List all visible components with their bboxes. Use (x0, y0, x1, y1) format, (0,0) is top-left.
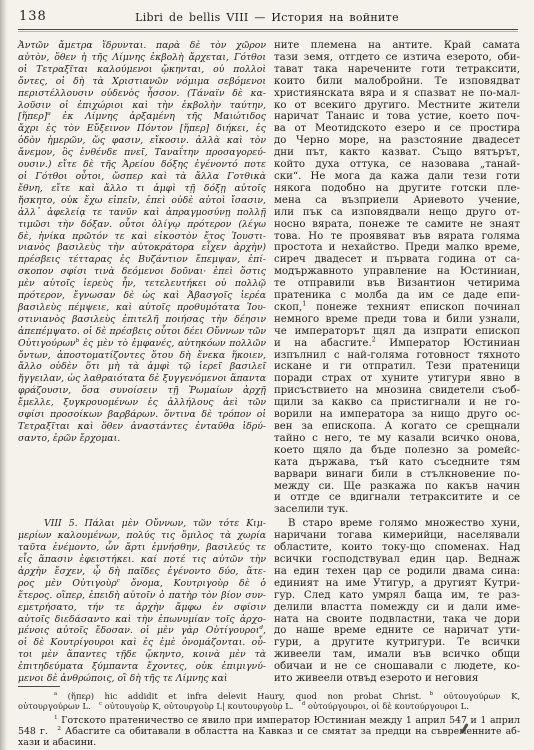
text-line: щили за какво са пристигнали и не го- (274, 397, 520, 409)
text-line: αὐτοῖς διεδάσαντο καὶ τὴν ἐπωνυμίαν τοῖς… (18, 614, 266, 626)
text-line: или пък са изповядвали нещо друго от- (274, 207, 520, 219)
text-line: οὐτουργούρων L. c οὐτουγοὺρ K, οὐτουργοὺ… (18, 701, 520, 711)
text-line: ρος μὲν Οὐτιγοὺρc ὄνομα, Κουτριγοὺρ δὲ ὁ (18, 578, 266, 590)
text-line: ито живеели отвъд езерото и неговия (274, 673, 520, 685)
greek-section4-paragraph: Ἀντῶν ἄμετρα ἵδρυνται. παρὰ δὲ τὸν χῶρον… (18, 40, 266, 445)
text-line: заселили тук. (274, 504, 520, 516)
text-line: хази и абасини. (18, 738, 520, 749)
text-line: λοῦσιν οἱ ἐπιχώριοι καὶ τὴν ἐκβολὴν ταύτ… (18, 100, 266, 112)
text-line: Τετραξῖται καὶ ὅθεν ἀναστάντες ἐνταῦθα ἱ… (18, 421, 266, 433)
text-line: περιστέλλουσιν οὐδενὸς ἧσσον. (Τάναϊν δὲ… (18, 88, 266, 100)
text-line: варвари винаги били в стълкновение по- (274, 469, 520, 481)
text-line: между си. Ще разкажа по какъв начин (274, 481, 520, 493)
text-line: τοι μὲν ἅπαντες τῇδε ᾤκηντο, κοινὰ μὲν τ… (18, 649, 266, 661)
bulgarian-section4-paragraph: ните племена на антите. Край самататази … (274, 40, 520, 516)
text-line: немного време преди това и били узнали, (274, 314, 520, 326)
text-line: християнската вяра и я спазват не по-мал… (274, 88, 520, 100)
text-line: сиреч двадесет и първата година от са- (274, 254, 520, 266)
text-line: ὄντων, ἀποστοματίζοντες ὅτου δὴ ἕνεκα ἥκ… (18, 350, 266, 362)
text-line: тават така наречените готи тетраксити, (274, 64, 520, 76)
translator-footnotes: 1 Готското пратеничество се явило при им… (18, 716, 520, 748)
text-line: че императорът щял да изпрати епископ (274, 326, 520, 338)
text-line: всички господствувал един цар. Веднаж (274, 554, 520, 566)
text-line: ко от всекиго другиго. Местните жители (274, 100, 520, 112)
text-line: гур. След като умрял баща им, те раз- (274, 590, 520, 602)
text-line: δὲ, ἡνίκα πρῶτόν τε καὶ εἰκοστὸν ἔτος Ἰο… (18, 231, 266, 243)
text-line: мена са възприели Ариевото учение, (274, 195, 520, 207)
text-line: искане и ги отпратил. Тези пратеници (274, 361, 520, 373)
text-line: ἀρχὴν ἔσχεν, ᾧ δὴ παῖδες ἐγένοντο δύο, ἅ… (18, 566, 266, 578)
text-line: областите, които току-що споменах. Над (274, 542, 520, 554)
text-line: ἄλλο οὐδὲν ὅτι μὴ τὰ ἀμφὶ τῷ ἱερεῖ βασιλ… (18, 361, 266, 373)
text-line: οἱ Γότθοι οὗτοι, ὥσπερ καὶ τὰ ἄλλα Γοτθι… (18, 171, 266, 183)
text-line: νιανὸς βασιλεὺς τὴν αὐτοκράτορα εἶχεν ἀρ… (18, 242, 266, 254)
text-line: простота и нехайство. Преди малко време, (274, 242, 520, 254)
text-line: до наше време едните се наричат ути- (274, 625, 520, 637)
text-line: който духа оттука, се назовава „танай- (274, 159, 520, 171)
text-line: ὁδὸν ἡμερῶν, ὥς φασιν, εἴκοσιν. ἀλλὰ καὶ… (18, 135, 266, 147)
text-line: ἕτερος. οἵπερ, ἐπειδὴ αὐτοῖν ὁ πατὴρ τὸν… (18, 590, 266, 602)
text-line: σαντο, ἐρῶν ἔρχομαι. (18, 433, 266, 445)
text-line: поради страх от хуните утигури явно в (274, 373, 520, 385)
text-line: στινιανὸς βασιλεὺς ἐπιτελῆ ποιήσας τὴν δ… (18, 314, 266, 326)
text-line: и отгде се вдигнали тетракситите и се (274, 492, 520, 504)
text-line: ἀλλ᾽ ἀφελείᾳ τε τανῦν καὶ ἀπραγμοσύνῃ πο… (18, 207, 266, 219)
greek-section5-paragraph: VIII 5. Πάλαι μὲν Οὔννων, τῶν τότε Κιμ-μ… (18, 518, 266, 685)
text-line: делили властта помежду си и дали име- (274, 602, 520, 614)
text-line: изпълнил с най-голяма готовност тяхното (274, 350, 520, 362)
text-line: присъствието на мнозина свидетели съоб- (274, 385, 520, 397)
header-rule (18, 29, 518, 30)
text-line: ната на своите подвластни, така че дори (274, 614, 520, 626)
text-line: ва от Меотидското езеро и се простира (274, 123, 520, 135)
text-line: οἱ δὲ Κουτρίγουροι καὶ ἐς ἐμὲ ὀνομάζοντα… (18, 637, 266, 649)
text-line: ἔθνη, εἴτε καὶ ἄλλο τι ἀμφὶ τῇ δόξῃ αὐτο… (18, 183, 266, 195)
text-line: σκοπον σφίσι τινὰ δεόμενοι δοῦναι· ἐπεὶ … (18, 266, 266, 278)
text-line: [ἥπερ]a ἐκ Λίμνης ἀρξαμένη τῆς Μαιώτιδος (18, 111, 266, 123)
text-line: единият на име Утигур, а другият Кутри- (274, 578, 520, 590)
text-line: живеели там, имали във всичко общи (274, 649, 520, 661)
bulgarian-section5-paragraph: В старо време голямо множество хуни,нари… (274, 518, 520, 685)
text-line: ἐπιτηδεύματα ξύμπαντα ἔχοντες, οὐκ ἐπιμι… (18, 661, 266, 673)
text-line: ски“. Не мога да кажа дали тези готи (274, 171, 520, 183)
text-line: тази земя, отгдето се изтича езерото, об… (274, 52, 520, 64)
text-line: и на абасгите.2 Император Юстиниан (274, 338, 520, 350)
text-line: ἤγγειλαν, ὡς λαθραιότατα δὲ ξυγγενόμενοι… (18, 373, 266, 385)
text-line: ворили на императора за нищо друго ос- (274, 409, 520, 421)
text-line: a (ἥπερ) hic addidit et infra delevit Ha… (18, 691, 520, 701)
text-line: скоп,1 понеже техният епископ починал (274, 302, 520, 314)
text-line: тайно с него, те му казали всичко онова, (274, 433, 520, 445)
text-line: наричат Танаис и това устие, което поч- (274, 111, 520, 123)
text-line: μὲν αὐτοῖς ἱερεὺς ἦν, τετελευτήκει οὐ πο… (18, 278, 266, 290)
text-line: ἄνεμον, ὃς ἐνθένδε πνεῖ, Ταναΐτην προσαγ… (18, 147, 266, 159)
text-line: дни път, както казват. Също вятърът, (274, 147, 520, 159)
text-line: μενοι δὲ ἀνθρώποις, οἳ δὴ τῆς τε Λίμνης … (18, 673, 266, 685)
text-line: модържавното управление на Юстиниан, (274, 266, 520, 278)
text-line: VIII 5. Πάλαι μὲν Οὔννων, τῶν τότε Κιμ- (18, 518, 266, 530)
text-line: ἄχρι ἐς τὸν Εὔξεινον Πόντον [ἥπερ] διήκε… (18, 123, 266, 135)
text-line: οἱ Τετραξῖται καλούμενοι ᾤκηνται, οὐ πολ… (18, 64, 266, 76)
footnote-zone: a (ἥπερ) hic addidit et infra delevit Ha… (18, 686, 520, 748)
text-line: които били малобройни. Те изповядват (274, 76, 520, 88)
text-line: ните племена на антите. Край самата (274, 40, 520, 52)
text-line: σφίσι προσοίκων βαρβάρων. ὅντινα δὲ τρόπ… (18, 409, 266, 421)
text-line: μερίων καλουμένων, πολύς τις ὅμιλος τὰ χ… (18, 530, 266, 542)
text-line: ката държава, тъй като съседните тям (274, 457, 520, 469)
text-columns: Ἀντῶν ἄμετρα ἵδρυνται. παρὰ δὲ τὸν χῶρον… (18, 40, 520, 685)
text-line: 548 г. 2 Абасгите са обитавали в областт… (18, 727, 520, 738)
text-line: ἀπεπέμψατο. οἱ δὲ πρέσβεις οὗτοι δέει Οὔ… (18, 326, 266, 338)
running-title: Libri de bellis VIII — История на войнит… (0, 11, 534, 24)
text-line: наричани тогава кимерийци, населявали (274, 530, 520, 542)
text-line: αὐτὸν, ὅθεν ἡ τῆς Λίμνης ἐκβολὴ ἄρχεται,… (18, 52, 266, 64)
text-line: това. Но те проявяват във вярата голяма (274, 231, 520, 243)
text-line: ταῦτα ἐνέμοντο, ὧν ἄρτι ἐμνήσθην, βασιλε… (18, 542, 266, 554)
text-line: вен за епископа. А когато се срещнали (274, 421, 520, 433)
text-line: πρέσβεις τέτταρας ἐς Βυζάντιον ἔπεμψαν, … (18, 254, 266, 266)
text-line: те отправили във Византион четирима (274, 278, 520, 290)
text-line: πρότερον, ἔγνωσαν δὲ ὡς καὶ Ἀβασγοῖς ἱερ… (18, 290, 266, 302)
text-line: което щяло да бъде полезно за ромейс- (274, 445, 520, 457)
footnote-separator-rule (18, 686, 60, 687)
text-line: носно вярата, понеже те самите не знаят (274, 219, 520, 231)
text-line: εμετρήσατο, τήν τε ἀρχὴν ἄμφω ἐν σφίσιν (18, 602, 266, 614)
text-line: Οὐτιγούρωνb ἐς μὲν τὸ ἐμφανές, αὐτηκόων … (18, 338, 266, 350)
critical-apparatus: a (ἥπερ) hic addidit et infra delevit Ha… (18, 691, 520, 711)
page-header: 138 Libri de bellis VIII — История на во… (0, 0, 534, 32)
book-page: 138 Libri de bellis VIII — История на во… (0, 0, 534, 750)
text-line: гури, а другите кутригури. Те всички (274, 637, 520, 649)
text-line: на един техен цар се родили двама сина: (274, 566, 520, 578)
text-line: μένοις αὐτοῖς ἔδοσαν. οἱ μὲν γὰρ Οὐτίγου… (18, 625, 266, 637)
text-line: ουσιν.) εἴτε δὲ τῆς Ἀρείου δόξης ἐγένοντ… (18, 159, 266, 171)
text-line: до Черно море, на разстояние двадесет (274, 135, 520, 147)
text-line: ἔμελλε, ξυγκρουομένων ἐς ἀλλήλους ἀεὶ τῶ… (18, 397, 266, 409)
text-line: ἤσκητο, οὐκ ἔχω εἰπεῖν, ἐπεὶ οὐδὲ αὐτοὶ … (18, 195, 266, 207)
text-line: φράζουσιν, ὅσα συνοίσειν τῇ Ῥωμαίων ἀρχῇ (18, 385, 266, 397)
text-line: Ἀντῶν ἄμετρα ἵδρυνται. παρὰ δὲ τὸν χῶρον (18, 40, 266, 52)
text-line: някога подобно на другите готски пле- (274, 183, 520, 195)
text-line: ὄντες, οἱ δὴ τὰ Χριστιανῶν νόμιμα σεβόμε… (18, 76, 266, 88)
text-line: пратеника с молба да им се даде епи- (274, 290, 520, 302)
text-line: τιμῶσι τὴν δόξαν. οὗτοι ὀλίγῳ πρότερον (… (18, 219, 266, 231)
text-line: обичаи и не се сношавали с людете, ко- (274, 661, 520, 673)
text-line: εἷς ἅπασιν ἐφειστήκει. καί ποτέ τις αὐτῶ… (18, 554, 266, 566)
text-line: В старо време голямо множество хуни, (274, 518, 520, 530)
text-line: βασιλεὺς πέμψειε, καὶ αὐτοῖς προθυμότατα… (18, 302, 266, 314)
